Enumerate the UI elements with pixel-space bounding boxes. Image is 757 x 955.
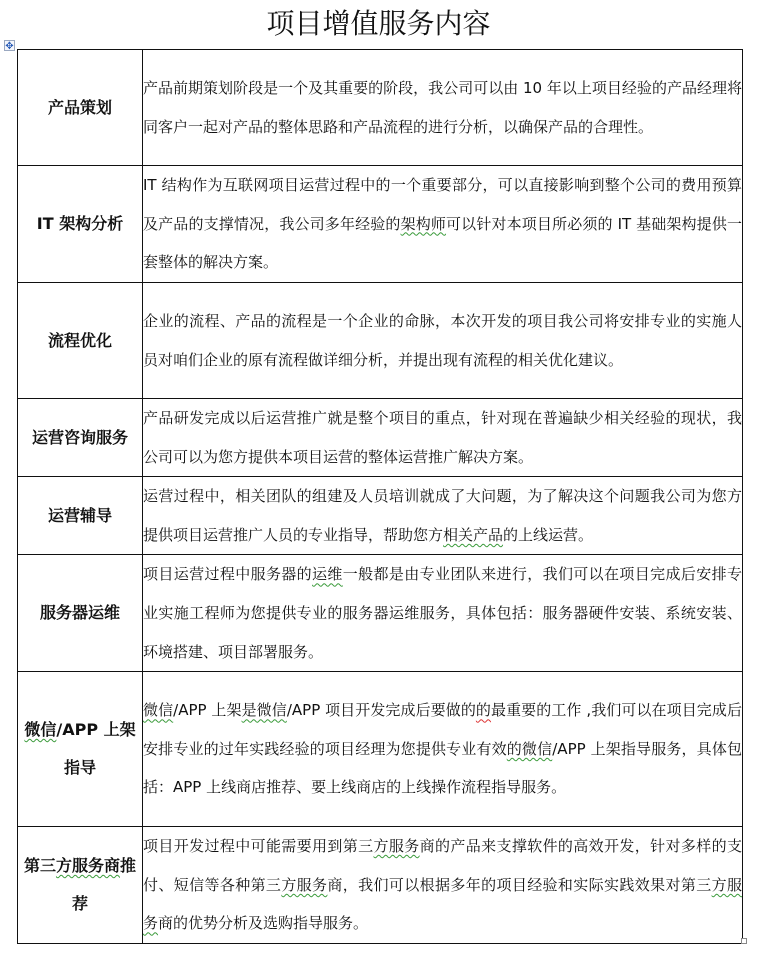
table-row: 产品策划 产品前期策划阶段是一个及其重要的阶段，我公司可以由 10 年以上项目经… [18,50,743,166]
spellcheck-flagged-text: 微信 [143,701,173,719]
text-segment: /APP 上架 [173,701,241,719]
service-label: 第三方服务商推荐 [18,827,143,944]
table-row: 流程优化 企业的流程、产品的流程是一个企业的命脉，本次开发的项目我公司将安排专业… [18,283,743,399]
spellcheck-flagged-text: 方服务商 [56,856,120,875]
service-description: 企业的流程、产品的流程是一个企业的命脉，本次开发的项目我公司将安排专业的实施人员… [143,283,743,399]
spellcheck-flagged-text: 的 [476,701,491,719]
service-description: 项目开发过程中可能需要用到第三方服务商的产品来支撑软件的高效开发，针对多样的支付… [143,827,743,944]
spellcheck-flagged-text: 是微信 [242,701,287,719]
text-segment: 商的优势分析及选购指导服务。 [158,914,368,932]
spellcheck-flagged-text: 运维 [312,565,343,583]
table-row: 微信/APP 上架指导 微信/APP 上架是微信/APP 项目开发完成后要做的的… [18,672,743,827]
services-table: 产品策划 产品前期策划阶段是一个及其重要的阶段，我公司可以由 10 年以上项目经… [17,49,743,944]
service-description: 微信/APP 上架是微信/APP 项目开发完成后要做的的最重要的工作 ,我们可以… [143,672,743,827]
spellcheck-flagged-text: 方服务 [281,876,327,894]
document-title: 项目增值服务内容 [0,4,757,44]
text-segment: 项目运营过程中服务器的 [143,565,312,583]
service-label: 流程优化 [18,283,143,399]
service-label: 运营辅导 [18,477,143,555]
text-segment: 第三 [24,856,56,875]
spellcheck-flagged-text: 的微信 [507,740,552,758]
spellcheck-flagged-text: 架构师 [401,215,446,233]
text-segment: 的上线运营。 [503,526,593,544]
table-row: IT 架构分析 IT 结构作为互联网项目运营过程中的一个重要部分，可以直接影响到… [18,166,743,283]
table-row: 服务器运维 项目运营过程中服务器的运维一般都是由专业团队来进行，我们可以在项目完… [18,555,743,672]
move-arrows-icon: ✥ [5,41,13,52]
service-label: 产品策划 [18,50,143,166]
service-label: 服务器运维 [18,555,143,672]
service-description: 产品研发完成以后运营推广就是整个项目的重点，针对现在普遍缺少相关经验的现状，我公… [143,399,743,477]
service-label: IT 架构分析 [18,166,143,283]
spellcheck-flagged-text: 方服务 [374,837,420,855]
table-move-handle[interactable]: ✥ [4,40,15,51]
table-row: 第三方服务商推荐 项目开发过程中可能需要用到第三方服务商的产品来支撑软件的高效开… [18,827,743,944]
text-segment: 商，我们可以根据多年的项目经验和实际实践效果对第三 [327,876,711,894]
service-description: 运营过程中，相关团队的组建及人员培训就成了大问题，为了解决这个问题我公司为您方提… [143,477,743,555]
service-description: 项目运营过程中服务器的运维一般都是由专业团队来进行，我们可以在项目完成后安排专业… [143,555,743,672]
text-segment: /APP 项目开发完成后要做的 [287,701,476,719]
spellcheck-flagged-text: 微信 [24,720,56,739]
table-row: 运营辅导 运营过程中，相关团队的组建及人员培训就成了大问题，为了解决这个问题我公… [18,477,743,555]
service-description: 产品前期策划阶段是一个及其重要的阶段，我公司可以由 10 年以上项目经验的产品经… [143,50,743,166]
service-description: IT 结构作为互联网项目运营过程中的一个重要部分，可以直接影响到整个公司的费用预… [143,166,743,283]
spellcheck-flagged-text: 相关产品 [443,526,503,544]
text-segment: 项目开发过程中可能需要用到第三 [143,837,374,855]
service-label: 微信/APP 上架指导 [18,672,143,827]
table-resize-handle[interactable] [741,938,747,944]
text-segment: /APP 上架指导 [56,720,135,777]
service-label: 运营咨询服务 [18,399,143,477]
table-row: 运营咨询服务 产品研发完成以后运营推广就是整个项目的重点，针对现在普遍缺少相关经… [18,399,743,477]
